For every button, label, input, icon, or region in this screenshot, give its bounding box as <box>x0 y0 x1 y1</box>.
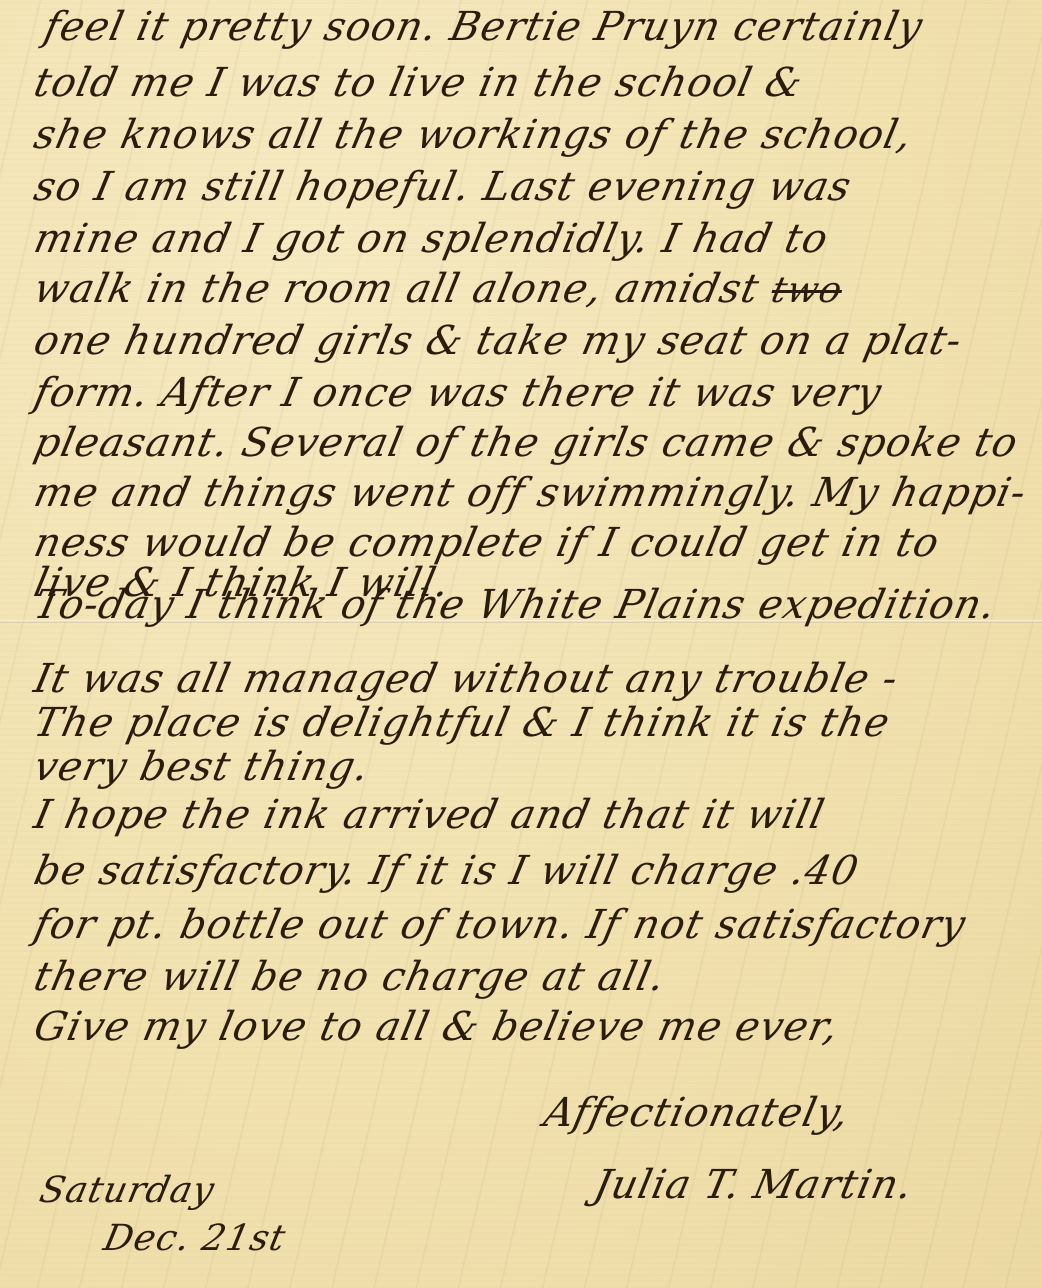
letter-line-3: she knows all the workings of the school… <box>30 112 917 158</box>
letter-line-1: feel it pretty soon. Bertie Pruyn certai… <box>40 4 927 50</box>
struck-word: two <box>768 270 847 311</box>
letter-page: feel it pretty soon. Bertie Pruyn certai… <box>0 0 1042 1288</box>
letter-signature: Julia T. Martin. <box>590 1162 917 1208</box>
letter-line-2: told me I was to live in the school & <box>30 60 807 106</box>
letter-line-17: I hope the ink arrived and that it will <box>30 792 829 838</box>
letter-line-20: there will be no charge at all. <box>30 954 670 1000</box>
letter-line-4: so I am still hopeful. Last evening was <box>30 164 856 210</box>
letter-closing: Affectionately, <box>540 1090 854 1136</box>
letter-line-10: me and things went off swimmingly. My ha… <box>30 470 1031 516</box>
letter-line-16: very best thing. <box>30 744 374 790</box>
dateline-date: Dec. 21st <box>100 1218 290 1259</box>
letter-line-19: for pt. bottle out of town. If not satis… <box>30 902 970 948</box>
letter-line-15: The place is delightful & I think it is … <box>30 700 894 746</box>
letter-line-5: mine and I got on splendidly. I had to <box>30 216 833 262</box>
letter-line-6-text: walk in the room all alone, amidst <box>30 266 764 312</box>
dateline-day: Saturday <box>36 1170 219 1211</box>
letter-line-8: form. After I once was there it was very <box>30 370 886 416</box>
letter-line-14: It was all managed without any trouble - <box>30 656 903 702</box>
letter-line-9: pleasant. Several of the girls came & sp… <box>30 420 1022 466</box>
letter-line-13: To-day I think of the White Plains exped… <box>30 582 1000 628</box>
letter-line-21: Give my love to all & believe me ever, <box>30 1004 843 1050</box>
letter-line-18: be satisfactory. If it is I will charge … <box>30 848 863 894</box>
letter-line-7: one hundred girls & take my seat on a pl… <box>30 318 966 364</box>
letter-line-6: walk in the room all alone, amidst two <box>30 266 847 312</box>
